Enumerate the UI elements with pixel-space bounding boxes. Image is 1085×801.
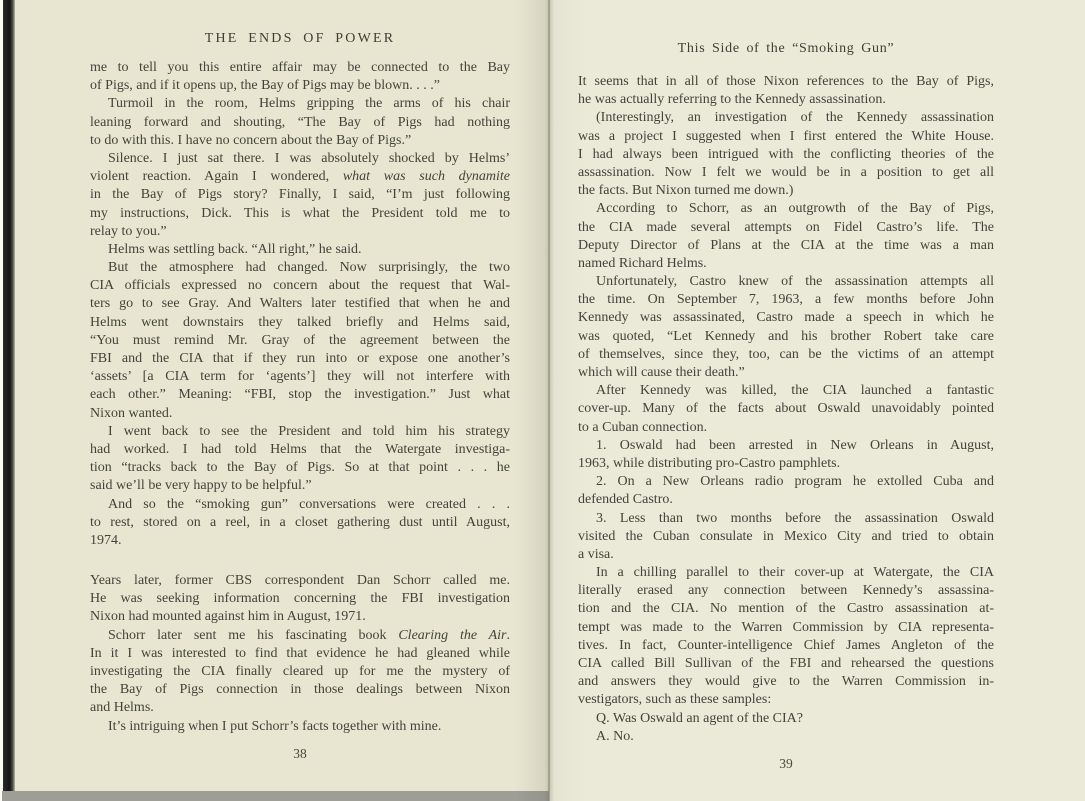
text-line: Nixon wanted. xyxy=(90,405,510,423)
book-scan: THE ENDS OF POWER me to tell you this en… xyxy=(0,0,1085,801)
text-line: had worked. I had told Helms that the Wa… xyxy=(90,441,510,459)
text-line: CIA officials expressed no concern about… xyxy=(90,277,510,295)
text-line: to a Cuban connection. xyxy=(578,419,994,437)
page-gutter-line xyxy=(548,0,550,801)
text-line: But the atmosphere had changed. Now surp… xyxy=(90,259,510,277)
text-line: assassination. Now I felt we would be in… xyxy=(578,164,994,182)
page-gutter-shadow xyxy=(515,0,585,801)
text-line: Years later, former CBS correspondent Da… xyxy=(90,572,510,590)
text-line: literally erased any connection between … xyxy=(578,582,994,600)
text-line: tives. In fact, Counter-intelligence Chi… xyxy=(578,637,994,655)
text-line: named Richard Helms. xyxy=(578,255,994,273)
text-line: 1974. xyxy=(90,532,510,550)
text-line: FBI and the CIA that if they run into or… xyxy=(90,350,510,368)
page-body-left: me to tell you this entire affair may be… xyxy=(90,59,510,736)
page-number-right: 39 xyxy=(578,756,994,772)
text-line: A. No. xyxy=(578,728,994,746)
text-line: was quoted, “Let Kennedy and his brother… xyxy=(578,328,994,346)
text-line: tion and the CIA. No mention of the Cast… xyxy=(578,600,994,618)
text-line: leaning forward and shouting, “The Bay o… xyxy=(90,114,510,132)
text-line: CIA called Bill Sullivan of the FBI and … xyxy=(578,655,994,673)
text-line: tion “tracks back to the Bay of Pigs. So… xyxy=(90,459,510,477)
text-line: which will cause their death.” xyxy=(578,364,994,382)
text-line: According to Schorr, as an outgrowth of … xyxy=(578,200,994,218)
text-line: 1963, while distributing pro-Castro pamp… xyxy=(578,455,994,473)
text-line: cover-up. Many of the facts about Oswald… xyxy=(578,400,994,418)
text-line: defended Castro. xyxy=(578,491,994,509)
text-line: of Pigs, and if it opens up, the Bay of … xyxy=(90,77,510,95)
text-line: a visa. xyxy=(578,546,994,564)
text-line: I had always been intrigued with the con… xyxy=(578,146,994,164)
text-line: In it I was interested to find that evid… xyxy=(90,645,510,663)
text-line: It seems that in all of those Nixon refe… xyxy=(578,73,994,91)
text-line: of themselves, since they, too, can be t… xyxy=(578,346,994,364)
text-line: visited the Cuban consulate in Mexico Ci… xyxy=(578,528,994,546)
text-line: After Kennedy was killed, the CIA launch… xyxy=(578,382,994,400)
page-number-left: 38 xyxy=(90,746,510,762)
text-line: the CIA made several attempts on Fidel C… xyxy=(578,219,994,237)
text-line: to rest, stored on a reel, in a closet g… xyxy=(90,514,510,532)
page-body-right: It seems that in all of those Nixon refe… xyxy=(578,73,994,746)
text-line: investigating the CIA finally cleared up… xyxy=(90,663,510,681)
text-line: to do with this. I have no concern about… xyxy=(90,132,510,150)
text-line: Silence. I just sat there. I was absolut… xyxy=(90,150,510,168)
text-line: It’s intriguing when I put Schorr’s fact… xyxy=(90,718,510,736)
text-line: the facts. But Nixon turned me down.) xyxy=(578,182,994,200)
text-line: Nixon had mounted against him in August,… xyxy=(90,608,510,626)
text-line: Deputy Director of Plans at the CIA at t… xyxy=(578,237,994,255)
text-line: in the Bay of Pigs story? Finally, I sai… xyxy=(90,186,510,204)
text-line: and Helms. xyxy=(90,699,510,717)
text-line: Helms went downstairs they talked briefl… xyxy=(90,314,510,332)
text-line: and answers they would give to the Warre… xyxy=(578,673,994,691)
text-line: Schorr later sent me his fascinating boo… xyxy=(90,627,510,645)
text-line: violent reaction. Again I wondered, what… xyxy=(90,168,510,186)
text-line: He was seeking information concerning th… xyxy=(90,590,510,608)
text-line: ters go to see Gray. And Walters later t… xyxy=(90,295,510,313)
text-line: I went back to see the President and tol… xyxy=(90,423,510,441)
text-line: Turmoil in the room, Helms gripping the … xyxy=(90,95,510,113)
text-line: said we’ll be very happy to be helpful.” xyxy=(90,477,510,495)
text-line: 3. Less than two months before the assas… xyxy=(578,510,994,528)
text-line: vestigators, such as these samples: xyxy=(578,691,994,709)
text-line: relay to you.” xyxy=(90,223,510,241)
text-line: each other.” Meaning: “FBI, stop the inv… xyxy=(90,386,510,404)
text-line: the Bay of Pigs connection in those deal… xyxy=(90,681,510,699)
text-line: And so the “smoking gun” conversations w… xyxy=(90,496,510,514)
running-head-left: THE ENDS OF POWER xyxy=(90,30,510,48)
running-head-right: This Side of the “Smoking Gun” xyxy=(578,40,994,58)
text-line: 1. Oswald had been arrested in New Orlea… xyxy=(578,437,994,455)
text-line: (Interestingly, an investigation of the … xyxy=(578,109,994,127)
text-line: “You must remind Mr. Gray of the agreeme… xyxy=(90,332,510,350)
text-line: the time. On September 7, 1963, a few mo… xyxy=(578,291,994,309)
text-line: was a project I suggested when I first e… xyxy=(578,128,994,146)
text-line: my instructions, Dick. This is what the … xyxy=(90,205,510,223)
text-line: Unfortunately, Castro knew of the assass… xyxy=(578,273,994,291)
scanner-bed-strip xyxy=(2,791,549,801)
text-line: 2. On a New Orleans radio program he ext… xyxy=(578,473,994,491)
text-line: Kennedy was assassinated, Castro made a … xyxy=(578,309,994,327)
text-line: he was actually referring to the Kennedy… xyxy=(578,91,994,109)
text-line: ‘assets’ [a CIA term for ‘agents’] they … xyxy=(90,368,510,386)
book-binding-edge xyxy=(3,0,15,801)
text-line: Q. Was Oswald an agent of the CIA? xyxy=(578,710,994,728)
text-line: tempt was made to the Warren Commission … xyxy=(578,619,994,637)
text-line: In a chilling parallel to their cover-up… xyxy=(578,564,994,582)
text-line: me to tell you this entire affair may be… xyxy=(90,59,510,77)
text-line: Helms was settling back. “All right,” he… xyxy=(90,241,510,259)
